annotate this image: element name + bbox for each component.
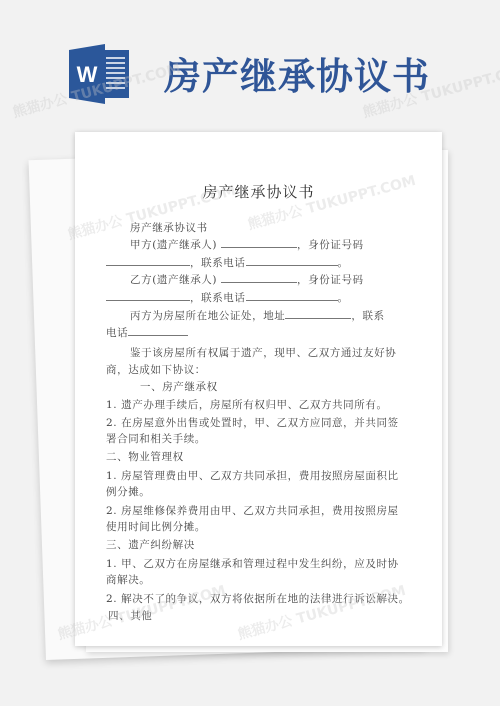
- doc-line: 商，达成如下协议：: [106, 362, 206, 377]
- blank-field: [285, 309, 351, 319]
- doc-line: 1. 遗产办理手续后，房屋所有权归甲、乙双方共同所有。: [106, 397, 388, 412]
- document-page: 房产继承协议书 房产继承协议书 甲方(遗产继承人) ，身份证号码 ，联系电话。 …: [75, 132, 442, 646]
- header-title: 房产继承协议书: [164, 46, 430, 100]
- doc-line: ，联系电话。: [106, 255, 349, 270]
- header: W 房产继承协议书: [0, 0, 500, 125]
- blank-field: [106, 291, 190, 301]
- watermark: 熊猫办公 TUKUPPT.COM: [235, 580, 407, 644]
- doc-line: 使用时间比例分摊。: [106, 519, 206, 534]
- section-heading: 二、物业管理权: [106, 449, 184, 464]
- doc-line: 2. 房屋维修保养费用由甲、乙双方共同承担，费用按照房屋: [106, 503, 399, 518]
- blank-field: [221, 238, 297, 248]
- watermark: 熊猫办公 TUKUPPT.COM: [245, 170, 417, 234]
- blank-field: [246, 256, 338, 266]
- doc-line: 1. 甲、乙双方在房屋继承和管理过程中发生纠纷，应及时协: [106, 556, 399, 571]
- doc-line: 丙方为房屋所在地公证处，地址，联系: [130, 308, 385, 323]
- doc-line: 1. 房屋管理费由甲、乙双方共同承担，费用按照房屋面积比: [106, 468, 399, 483]
- doc-line: 甲方(遗产继承人) ，身份证号码: [130, 237, 364, 252]
- doc-line: 例分摊。: [106, 484, 150, 499]
- doc-line: 商解决。: [106, 572, 150, 587]
- section-heading: 四、其他: [108, 608, 152, 623]
- doc-line: 署合同和相关手续。: [106, 431, 206, 446]
- blank-field: [128, 326, 188, 336]
- doc-line: 鉴于该房屋所有权属于遗产，现甲、乙双方通过友好协: [130, 345, 396, 360]
- doc-line: 2. 在房屋意外出售或处置时，甲、乙双方应同意，并共同签: [106, 415, 399, 430]
- svg-text:W: W: [77, 62, 98, 87]
- doc-line: 2. 解决不了的争议，双方将依据所在地的法律进行诉讼解决。: [106, 591, 410, 606]
- section-heading: 三、遗产纠纷解决: [106, 537, 195, 552]
- document-title: 房产继承协议书: [75, 181, 442, 202]
- blank-field: [221, 273, 297, 283]
- doc-line: 电话: [106, 325, 188, 340]
- doc-line: ，联系电话。: [106, 290, 349, 305]
- blank-field: [106, 256, 190, 266]
- blank-field: [246, 291, 338, 301]
- word-icon: W: [69, 44, 133, 104]
- section-heading: 一、房产继承权: [140, 379, 218, 394]
- doc-line: 乙方(遗产继承人) ，身份证号码: [130, 272, 364, 287]
- doc-line: 房产继承协议书: [130, 220, 208, 235]
